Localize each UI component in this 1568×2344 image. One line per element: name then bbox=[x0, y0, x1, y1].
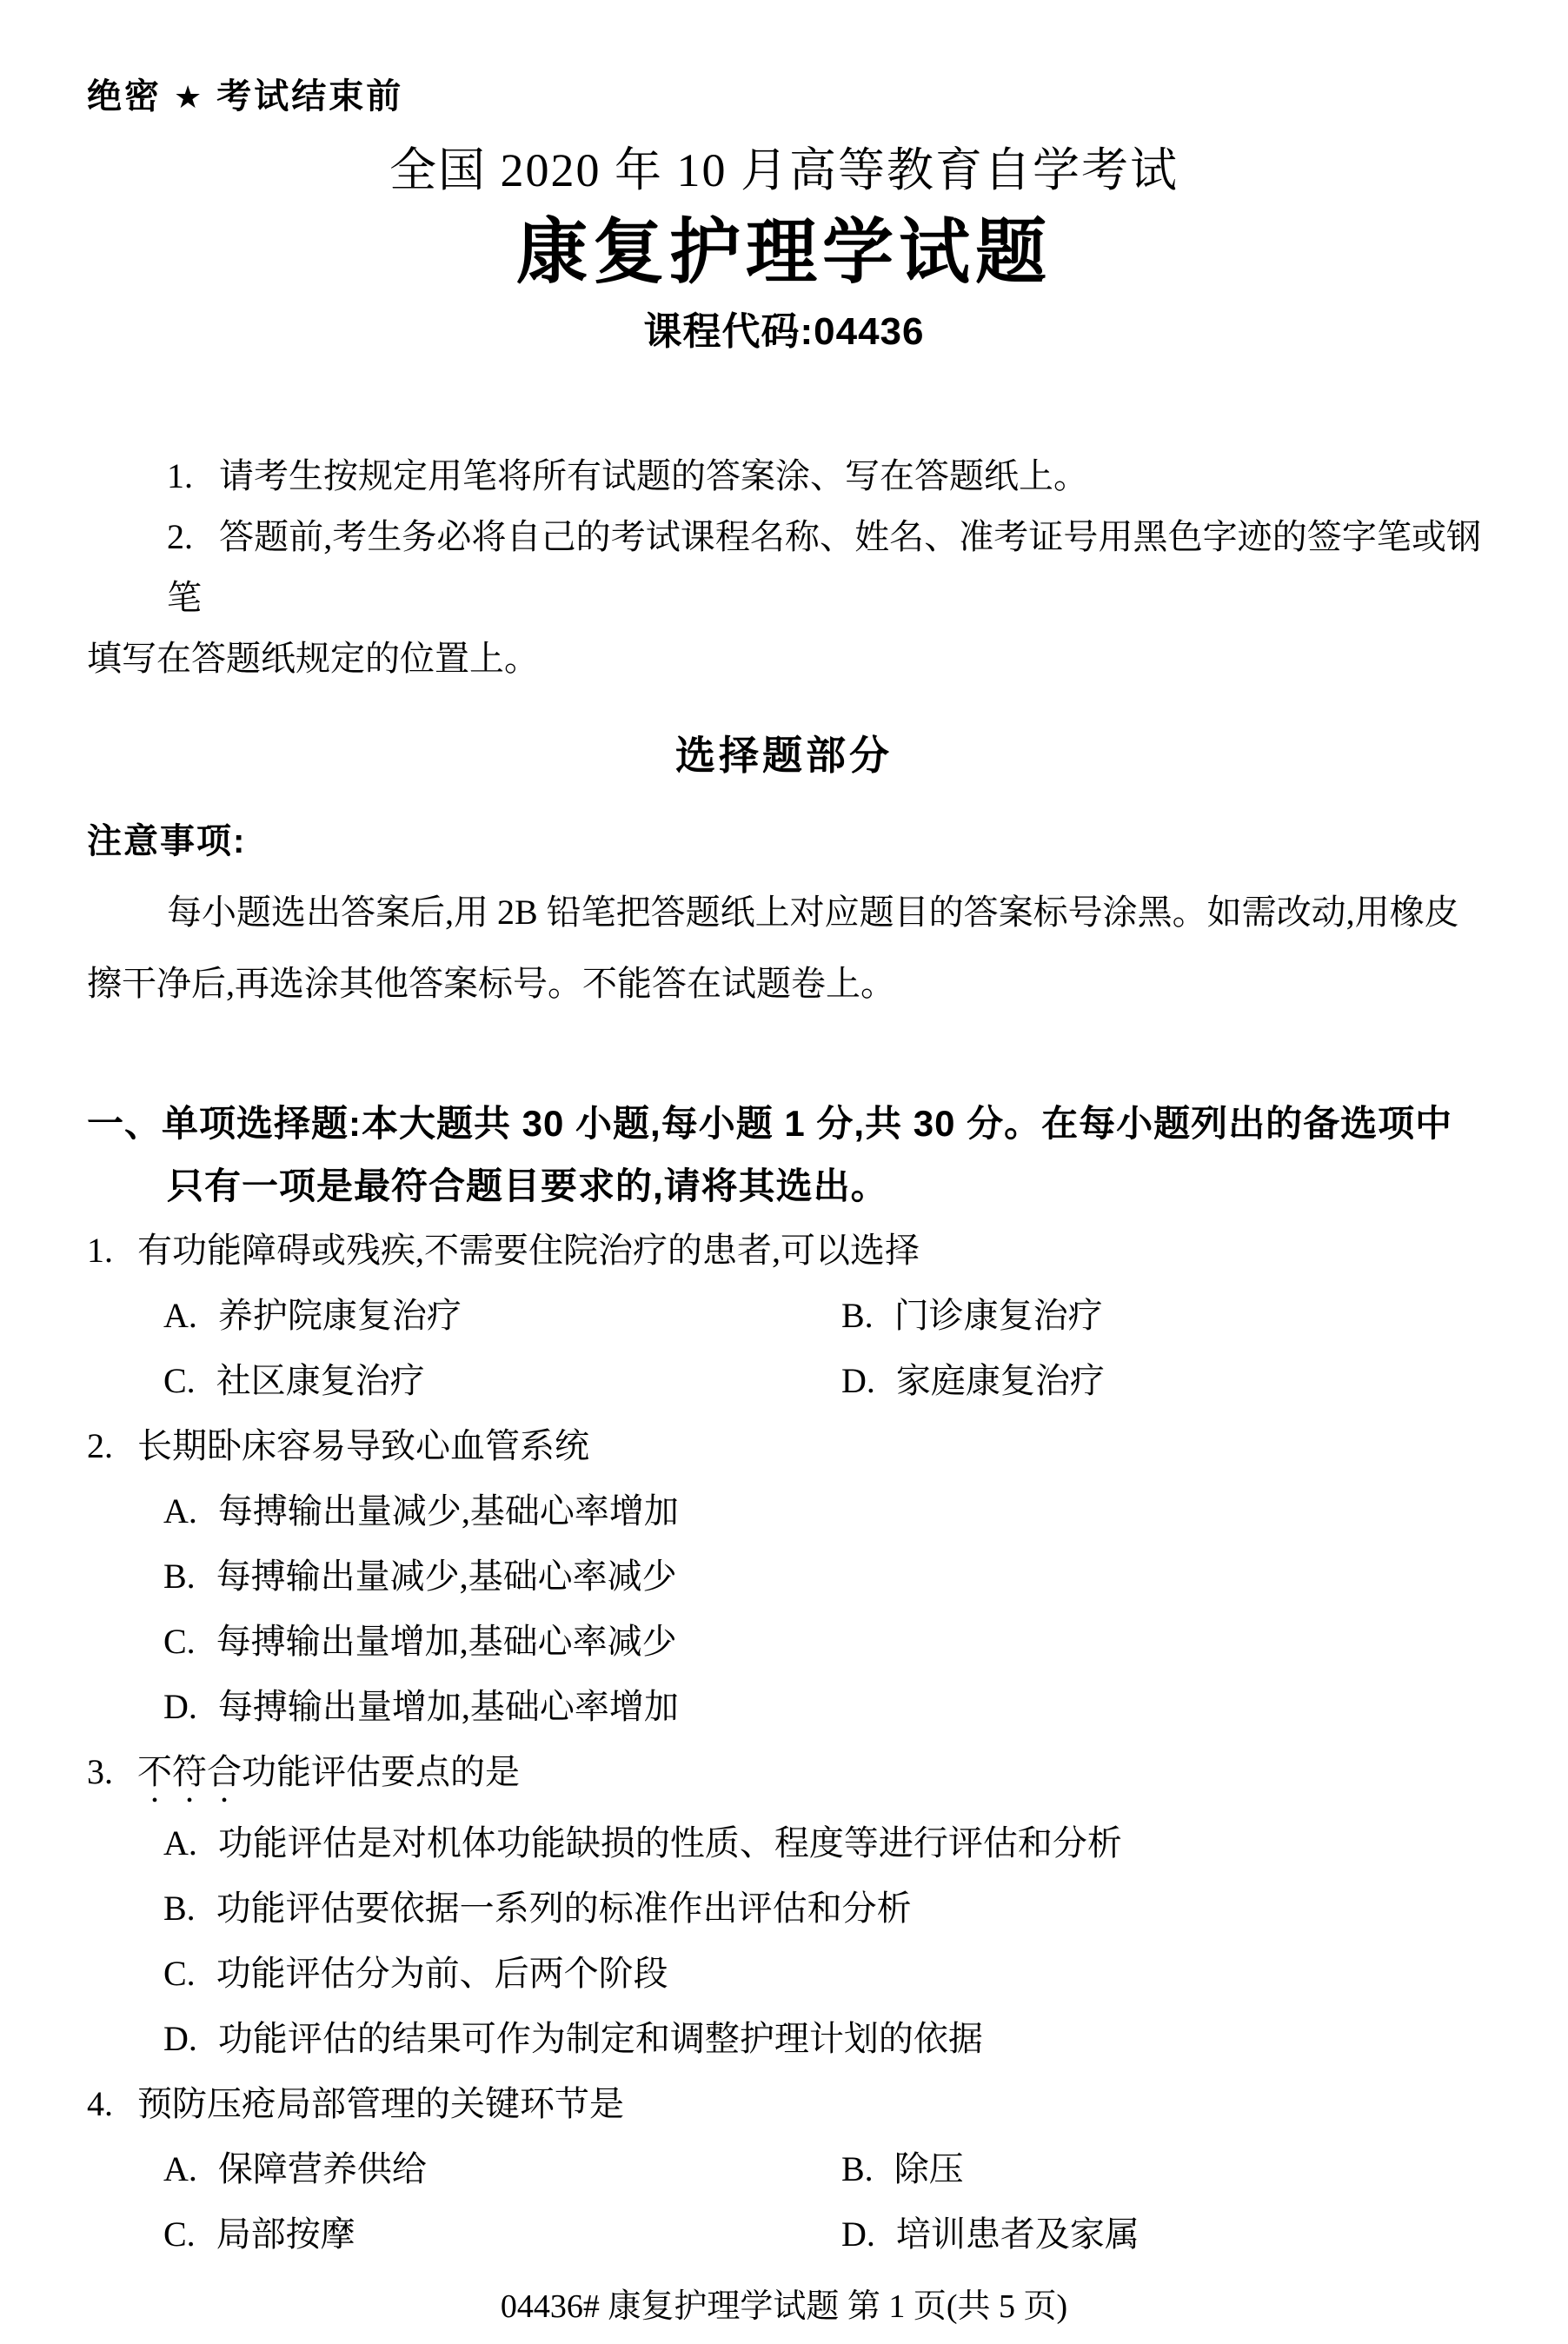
question-4-number: 4. bbox=[87, 2084, 113, 2123]
question-1: 1.有功能障碍或残疾,不需要住院治疗的患者,可以选择 A.养护院康复治疗 B.门… bbox=[87, 1218, 1481, 1413]
question-1-option-b: B.门诊康复治疗 bbox=[841, 1283, 1481, 1348]
question-3-text: 功能评估要点的是 bbox=[242, 1752, 520, 1791]
notice-line-1: 每小题选出答案后,用 2B 铅笔把答题纸上对应题目的答案标号涂黑。如需改动,用橡… bbox=[87, 877, 1481, 948]
question-2-text: 长期卧床容易导致心血管系统 bbox=[137, 1426, 589, 1465]
exam-session-title: 全国 2020 年 10 月高等教育自学考试 bbox=[0, 142, 1568, 199]
section-one-heading: 一、单项选择题:本大题共 30 小题,每小题 1 分,共 30 分。在每小题列出… bbox=[87, 1092, 1481, 1218]
exam-period-label: 考试结束前 bbox=[216, 77, 403, 116]
question-4-options: A.保障营养供给 B.除压 C.局部按摩 D.培训患者及家属 bbox=[87, 2136, 1481, 2267]
question-2-option-a: A.每搏输出量减少,基础心率增加 bbox=[163, 1478, 1481, 1544]
question-2-stem: 2.长期卧床容易导致心血管系统 bbox=[87, 1413, 1481, 1478]
question-2-number: 2. bbox=[87, 1426, 113, 1465]
question-1-number: 1. bbox=[87, 1231, 113, 1270]
multiple-choice-section-title: 选择题部分 bbox=[0, 731, 1568, 780]
instruction-item-2-line-1: 2.答题前,考生务必将自己的考试课程名称、姓名、准考证号用黑色字迹的签字笔或钢笔 bbox=[87, 507, 1481, 628]
question-3: 3.不符合功能评估要点的是 A.功能评估是对机体功能缺损的性质、程度等进行评估和… bbox=[87, 1739, 1481, 2071]
question-4-option-b: B.除压 bbox=[841, 2136, 1481, 2201]
question-4-option-d: D.培训患者及家属 bbox=[841, 2201, 1481, 2267]
question-4-option-a: A.保障营养供给 bbox=[163, 2136, 841, 2201]
question-4-text: 预防压疮局部管理的关键环节是 bbox=[137, 2084, 624, 2123]
instruction-item-2-line-2: 填写在答题纸规定的位置上。 bbox=[87, 628, 1481, 689]
instruction-2-text: 答题前,考生务必将自己的考试课程名称、姓名、准考证号用黑色字迹的签字笔或钢笔 bbox=[167, 517, 1481, 617]
question-3-option-a: A.功能评估是对机体功能缺损的性质、程度等进行评估和分析 bbox=[163, 1810, 1481, 1876]
question-2-option-c: C.每搏输出量增加,基础心率减少 bbox=[163, 1609, 1481, 1674]
question-4-stem: 4.预防压疮局部管理的关键环节是 bbox=[87, 2071, 1481, 2136]
notice-line-2: 擦干净后,再选涂其他答案标号。不能答在试题卷上。 bbox=[87, 948, 1481, 1019]
question-2-options: A.每搏输出量减少,基础心率增加 B.每搏输出量减少,基础心率减少 C.每搏输出… bbox=[87, 1478, 1481, 1739]
question-1-stem: 1.有功能障碍或残疾,不需要住院治疗的患者,可以选择 bbox=[87, 1218, 1481, 1283]
section-one-heading-line-2: 只有一项是最符合题目要求的,请将其选出。 bbox=[87, 1155, 1481, 1218]
question-3-option-c: C.功能评估分为前、后两个阶段 bbox=[163, 1941, 1481, 2006]
star-icon: ★ bbox=[174, 79, 204, 115]
instruction-1-number: 1. bbox=[167, 456, 193, 495]
question-3-option-b: B.功能评估要依据一系列的标准作出评估和分析 bbox=[163, 1876, 1481, 1941]
page-footer: 04436# 康复护理学试题 第 1 页(共 5 页) bbox=[0, 2286, 1568, 2327]
notice-label: 注意事项: bbox=[87, 820, 1568, 863]
question-3-options: A.功能评估是对机体功能缺损的性质、程度等进行评估和分析 B.功能评估要依据一系… bbox=[87, 1810, 1481, 2071]
question-2: 2.长期卧床容易导致心血管系统 A.每搏输出量减少,基础心率增加 B.每搏输出量… bbox=[87, 1413, 1481, 1739]
course-code: 课程代码:04436 bbox=[0, 309, 1568, 355]
instruction-2-number: 2. bbox=[167, 517, 193, 556]
question-1-option-a: A.养护院康复治疗 bbox=[163, 1283, 841, 1348]
question-4-option-c: C.局部按摩 bbox=[163, 2201, 841, 2267]
question-3-emphasized-text: 不符合 bbox=[137, 1752, 242, 1791]
subject-title: 康复护理学试题 bbox=[0, 211, 1568, 295]
question-3-option-d: D.功能评估的结果可作为制定和调整护理计划的依据 bbox=[163, 2006, 1481, 2071]
question-3-number: 3. bbox=[87, 1752, 113, 1791]
notice-paragraph: 每小题选出答案后,用 2B 铅笔把答题纸上对应题目的答案标号涂黑。如需改动,用橡… bbox=[87, 877, 1481, 1019]
question-1-text: 有功能障碍或残疾,不需要住院治疗的患者,可以选择 bbox=[137, 1231, 920, 1270]
question-2-option-b: B.每搏输出量减少,基础心率减少 bbox=[163, 1544, 1481, 1609]
question-2-option-d: D.每搏输出量增加,基础心率增加 bbox=[163, 1674, 1481, 1739]
secrecy-label: 绝密 bbox=[87, 77, 162, 116]
question-4: 4.预防压疮局部管理的关键环节是 A.保障营养供给 B.除压 C.局部按摩 D.… bbox=[87, 2071, 1481, 2267]
question-1-options: A.养护院康复治疗 B.门诊康复治疗 C.社区康复治疗 D.家庭康复治疗 bbox=[87, 1283, 1481, 1413]
instruction-1-text: 请考生按规定用笔将所有试题的答案涂、写在答题纸上。 bbox=[219, 456, 1088, 495]
general-instructions: 1.请考生按规定用笔将所有试题的答案涂、写在答题纸上。 2.答题前,考生务必将自… bbox=[87, 446, 1481, 689]
question-list: 1.有功能障碍或残疾,不需要住院治疗的患者,可以选择 A.养护院康复治疗 B.门… bbox=[87, 1218, 1481, 2267]
section-one-heading-line-1: 一、单项选择题:本大题共 30 小题,每小题 1 分,共 30 分。在每小题列出… bbox=[87, 1092, 1481, 1155]
question-1-option-d: D.家庭康复治疗 bbox=[841, 1348, 1481, 1413]
instruction-item-1: 1.请考生按规定用笔将所有试题的答案涂、写在答题纸上。 bbox=[87, 446, 1481, 507]
question-1-option-c: C.社区康复治疗 bbox=[163, 1348, 841, 1413]
secrecy-header: 绝密★考试结束前 bbox=[87, 75, 1568, 119]
question-3-stem: 3.不符合功能评估要点的是 bbox=[87, 1739, 1481, 1810]
exam-paper-page: 绝密★考试结束前 全国 2020 年 10 月高等教育自学考试 康复护理学试题 … bbox=[0, 0, 1568, 2344]
